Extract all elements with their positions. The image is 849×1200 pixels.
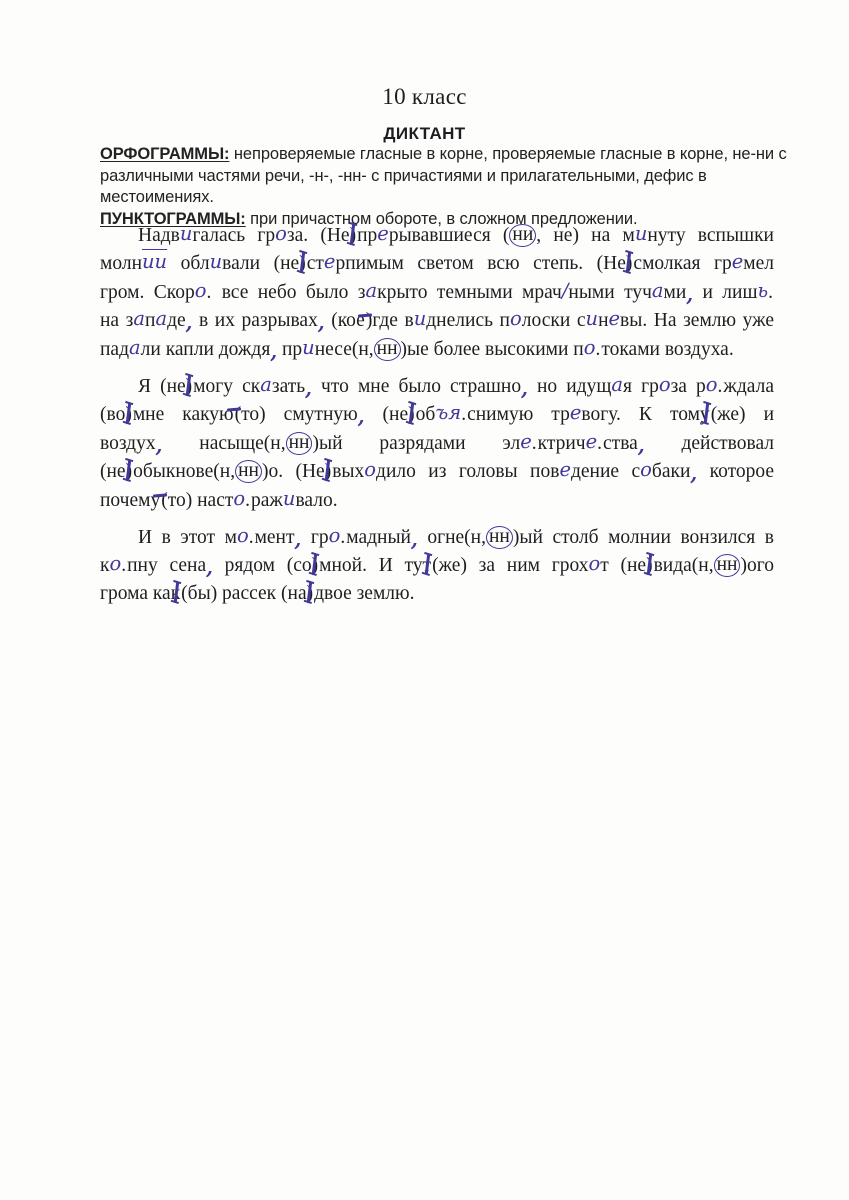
dictation-title: ДИКТАНТ	[0, 124, 849, 144]
handwritten-letter: и	[586, 307, 599, 330]
handwritten-letter: и	[180, 222, 193, 245]
printed-text: Надв	[138, 225, 180, 246]
printed-text: несе(н,	[315, 339, 374, 360]
handwritten-comma: ,	[358, 405, 365, 428]
handwritten-letter: и	[283, 487, 296, 510]
printed-text: днелись п	[426, 310, 510, 331]
printed-text: баки	[652, 461, 691, 482]
handwritten-letter: е	[559, 458, 571, 481]
handwritten-letter: е	[570, 401, 582, 424]
printed-text: я гр	[623, 376, 659, 397]
handwritten-comma: ,	[270, 340, 277, 363]
printed-text: нуту вспышки	[647, 225, 774, 246]
handwritten-letter: е	[377, 222, 389, 245]
text-line: грома как(бы) рассек (на)двое землю.	[100, 580, 774, 607]
printed-text: мел	[743, 253, 774, 274]
text-line: гром. Скоро. все небо было закрыто темны…	[100, 278, 774, 306]
printed-text: ктрич	[538, 433, 586, 454]
printed-text: н	[598, 310, 608, 331]
gap-dot: .	[768, 282, 774, 303]
orthograms-line: ОРФОГРАММЫ: непроверяемые гласные в корн…	[100, 144, 802, 209]
handwritten-letter: о	[706, 373, 718, 396]
printed-text: (то) наст	[161, 490, 233, 511]
handwritten-comma: ,	[156, 434, 163, 457]
text-line: ко.пну сена, рядом (со)мной. И тут(же) з…	[100, 551, 774, 579]
handwritten-comma: ,	[411, 528, 418, 551]
handwritten-letter: е	[324, 250, 336, 273]
text-line: И в этот мо.мент, гро.мадный, огне(н,нн)…	[100, 523, 774, 551]
printed-text: гр	[301, 527, 328, 548]
printed-text: )ые более высокими п	[401, 339, 584, 360]
handwritten-comma: ,	[521, 377, 528, 400]
printed-text: мент	[255, 527, 295, 548]
handwritten-comma: ,	[690, 462, 697, 485]
handwritten-letter: а	[611, 373, 623, 396]
printed-text: мадный	[346, 527, 411, 548]
circled-option: нн	[486, 526, 513, 549]
printed-text: об	[416, 404, 436, 425]
printed-text: (бы) рассек (на)	[181, 583, 313, 604]
handwritten-letter: а	[133, 307, 145, 330]
handwritten-letter: е	[520, 430, 532, 453]
grade-title: 10 класс	[0, 84, 849, 110]
text-line: молнии обливали (не)стерпимым светом всю…	[100, 249, 774, 277]
handwritten-comma: ,	[305, 377, 312, 400]
handwritten-letter: а	[365, 279, 377, 302]
printed-text: в их разрывах	[192, 310, 317, 331]
printed-text: ными туч	[568, 282, 652, 303]
printed-text: де	[167, 310, 186, 331]
printed-text: которое	[697, 461, 774, 482]
printed-text: вых	[332, 461, 364, 482]
handwritten-comma: ,	[318, 311, 325, 334]
handwritten-letter: о	[584, 336, 596, 359]
printed-text: за р	[671, 376, 706, 397]
paragraph: Надвигалась гроза. (Не)прерывавшиеся (ни…	[100, 221, 774, 363]
handwritten-letter: о	[510, 307, 522, 330]
printed-text: ст	[307, 253, 324, 274]
printed-text: токами воздуха.	[601, 339, 733, 360]
circled-option: нн	[286, 432, 313, 455]
printed-text: (же) и	[711, 404, 774, 425]
handwritten-letter: и	[302, 336, 315, 359]
text-line: Я (не)могу сказать, что мне было страшно…	[100, 372, 774, 400]
circled-option: нн	[235, 460, 262, 483]
printed-text: )где в	[366, 310, 414, 331]
printed-text: рядом (со)	[213, 555, 318, 576]
handwritten-letter: о	[329, 524, 341, 547]
printed-text: пад	[100, 339, 129, 360]
printed-text: рпимым светом всю степь. (Не)	[335, 253, 632, 274]
printed-text: вогу. К тому	[581, 404, 709, 425]
handwritten-letter: о	[588, 552, 600, 575]
scanned-dictation-page: 10 класс ДИКТАНТ ОРФОГРАММЫ: непроверяем…	[0, 0, 849, 1200]
printed-text: огне(н,	[418, 527, 486, 548]
printed-text: )ый столб молнии вонзился в	[513, 527, 774, 548]
text-line: Надвигалась гроза. (Не)прерывавшиеся (ни…	[100, 221, 774, 249]
printed-text: вали (не)	[222, 253, 306, 274]
printed-text: могу ск	[193, 376, 260, 397]
handwritten-letter: о	[109, 552, 121, 575]
handwritten-letter: ъя	[435, 401, 461, 424]
circled-option: ни	[509, 224, 536, 247]
printed-text: молн	[100, 253, 142, 274]
printed-text: вало.	[295, 490, 337, 511]
printed-text: обл	[167, 253, 209, 274]
paragraph: Я (не)могу сказать, что мне было страшно…	[100, 372, 774, 514]
printed-text: дило из головы пов	[376, 461, 559, 482]
circled-option: нн	[714, 554, 741, 577]
circled-option: нн	[374, 338, 401, 361]
printed-text: вы. На землю уже	[620, 310, 774, 331]
printed-text: снимую тр	[467, 404, 570, 425]
printed-text: пр	[277, 339, 302, 360]
dictation-body: Надвигалась гроза. (Не)прерывавшиеся (ни…	[100, 221, 774, 616]
printed-text: зать	[272, 376, 305, 397]
printed-text: рывавшиеся (	[389, 225, 510, 246]
printed-text: пну сена	[127, 555, 206, 576]
printed-text: действовал	[645, 433, 774, 454]
printed-text: ми	[664, 282, 687, 303]
printed-text: но идущ	[528, 376, 611, 397]
handwritten-letter: а	[260, 373, 272, 396]
printed-text: )ый разрядами эл	[312, 433, 520, 454]
text-line: почему(то) насто.раживало.	[100, 486, 774, 514]
handwritten-letter: о	[659, 373, 671, 396]
printed-text: крыто темными мрач	[377, 282, 562, 303]
handwritten-letter: а	[129, 336, 141, 359]
printed-text: И в этот м	[138, 527, 237, 548]
printed-text: на з	[100, 310, 133, 331]
handwritten-comma: ,	[686, 283, 693, 306]
printed-text: почему	[100, 490, 160, 511]
printed-text: галась гр	[192, 225, 275, 246]
handwritten-letter: о	[233, 487, 245, 510]
printed-text: , не) на м	[536, 225, 635, 246]
handwritten-letter: о	[275, 222, 287, 245]
handwritten-letter: е	[586, 430, 598, 453]
printed-text: смолкая гр	[633, 253, 731, 274]
text-line: на западе, в их разрывах, (кое)где видне…	[100, 306, 774, 334]
printed-text: все небо было з	[212, 282, 365, 303]
handwritten-comma: ,	[638, 434, 645, 457]
printed-text: мне какую	[133, 404, 234, 425]
handwritten-letter: о	[640, 458, 652, 481]
handwritten-letter: о	[195, 279, 207, 302]
paragraph: И в этот мо.мент, гро.мадный, огне(н,нн)…	[100, 523, 774, 607]
text-line: (не)обыкнове(н,нн)о. (Не)выходило из гол…	[100, 457, 774, 485]
handwritten-letter: а	[155, 307, 167, 330]
handwritten-letter: и	[635, 222, 648, 245]
handwritten-letter: е	[609, 307, 621, 330]
printed-text: раж	[251, 490, 283, 511]
printed-text: вида(н,	[654, 555, 714, 576]
handwritten-letter: ь	[758, 279, 769, 302]
handwritten-letter: е	[732, 250, 744, 273]
printed-text: грома как	[100, 583, 180, 604]
printed-text: п	[145, 310, 155, 331]
rules-block: ОРФОГРАММЫ: непроверяемые гласные в корн…	[100, 144, 802, 230]
handwritten-comma: ,	[186, 311, 193, 334]
handwritten-letter: а	[652, 279, 664, 302]
printed-text: ли капли дождя	[141, 339, 271, 360]
printed-text: ства	[603, 433, 638, 454]
printed-text: насыще(н,	[162, 433, 285, 454]
printed-text: и лиш	[693, 282, 757, 303]
printed-text: гром. Скор	[100, 282, 195, 303]
printed-text: обыкнове(н,	[133, 461, 235, 482]
printed-text: воздух	[100, 433, 156, 454]
printed-text: ждала	[723, 376, 774, 397]
printed-text: что мне было страшно	[312, 376, 521, 397]
handwritten-letter: ∕	[562, 279, 569, 302]
printed-text: (то) смутную	[235, 404, 358, 425]
text-line: (во)мне какую(то) смутную, (не)объя.сним…	[100, 400, 774, 428]
text-line: воздух, насыще(н,нн)ый разрядами эле.ктр…	[100, 429, 774, 457]
handwritten-letter: о	[364, 458, 376, 481]
handwritten-comma: ,	[206, 556, 213, 579]
handwritten-letter: и	[414, 307, 427, 330]
printed-text: лоски с	[522, 310, 586, 331]
printed-text: двое землю.	[314, 583, 414, 604]
orthograms-label: ОРФОГРАММЫ:	[100, 145, 229, 163]
printed-text: пр	[357, 225, 377, 246]
handwritten-comma: ,	[295, 528, 302, 551]
text-line: падали капли дождя, принесе(н,нн)ые боле…	[100, 335, 774, 363]
handwritten-letter: о	[237, 524, 249, 547]
handwritten-letter: и	[210, 250, 223, 273]
printed-text: мной. И тут	[319, 555, 431, 576]
printed-text: )ого	[740, 555, 774, 576]
printed-text: (же) за ним грох	[432, 555, 588, 576]
printed-text: дение с	[571, 461, 640, 482]
printed-text: (кое	[325, 310, 365, 331]
handwritten-letters-overline: ии	[142, 250, 167, 273]
